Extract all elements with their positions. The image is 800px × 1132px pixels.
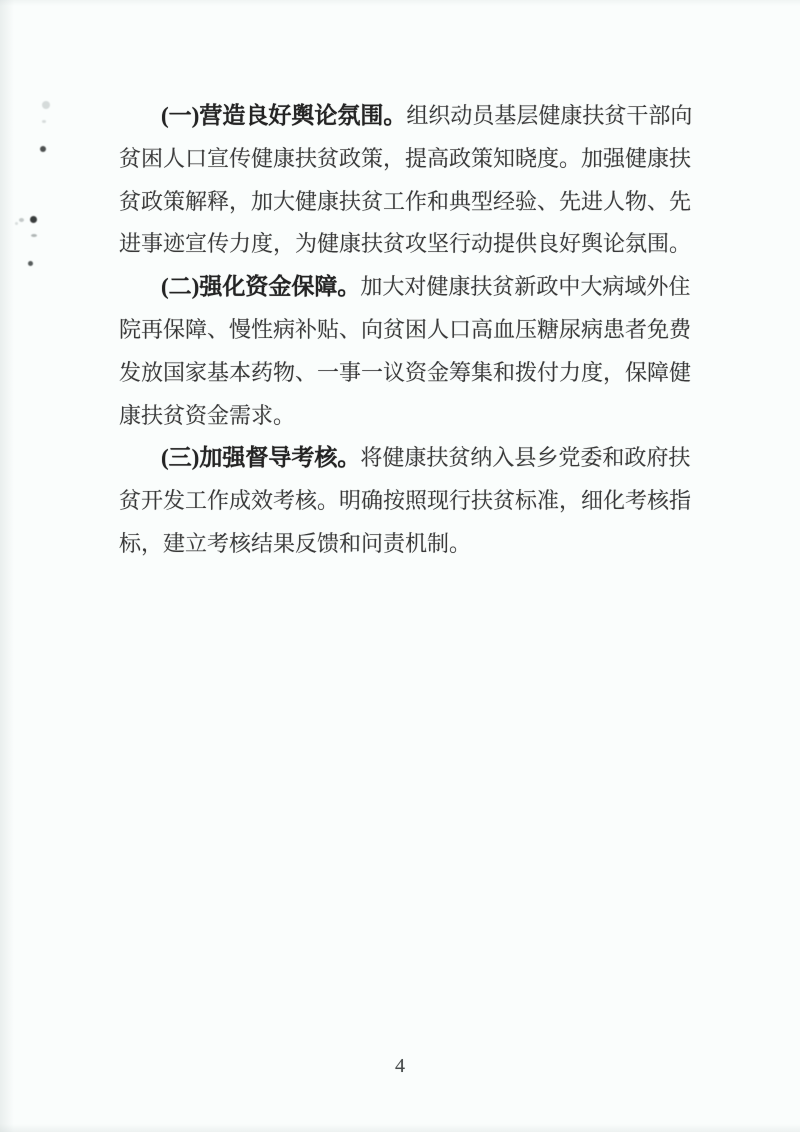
- scan-edge-bottom: [0, 1124, 800, 1132]
- scan-speck: [15, 222, 18, 225]
- scan-edge-left: [0, 0, 14, 1132]
- paragraph-1-lead-text: 组织动员基层健康扶贫干部向: [406, 103, 692, 128]
- paragraph-3: (三)加强督导考核。将健康扶贫纳入县乡党委和政府扶 贫开发工作成效考核。明确按照…: [119, 437, 711, 565]
- paragraph-3-line-1: (三)加强督导考核。将健康扶贫纳入县乡党委和政府扶: [119, 437, 711, 480]
- scanned-document-page: { "page": { "number": "4", "background_c…: [0, 0, 800, 1132]
- paragraph-1: (一)营造良好舆论氛围。组织动员基层健康扶贫干部向 贫困人口宣传健康扶贫政策，提…: [119, 95, 711, 266]
- paragraph-2-lead-text: 加大对健康扶贫新政中大病域外住: [360, 274, 690, 299]
- paragraph-1-heading: (一)营造良好舆论氛围。: [161, 103, 406, 128]
- paragraph-1-line-1: (一)营造良好舆论氛围。组织动员基层健康扶贫干部向: [119, 95, 711, 138]
- paragraph-1-line-2: 贫困人口宣传健康扶贫政策，提高政策知晓度。加强健康扶: [119, 138, 711, 181]
- scan-speck: [42, 101, 50, 109]
- scan-edge-top: [0, 0, 800, 6]
- paragraph-2-line-4: 康扶贫资金需求。: [119, 395, 711, 438]
- paragraph-2-line-3: 发放国家基本药物、一事一议资金筹集和拨付力度，保障健: [119, 352, 711, 395]
- scan-speck: [42, 120, 46, 123]
- paragraph-1-line-3: 贫政策解释，加大健康扶贫工作和典型经验、先进人物、先: [119, 181, 711, 224]
- paragraph-2-line-2: 院再保障、慢性病补贴、向贫困人口高血压糖尿病患者免费: [119, 309, 711, 352]
- paragraph-3-line-3: 标，建立考核结果反馈和问责机制。: [119, 523, 711, 566]
- scan-speck: [19, 218, 24, 222]
- page-number: 4: [0, 1052, 800, 1080]
- document-body: (一)营造良好舆论氛围。组织动员基层健康扶贫干部向 贫困人口宣传健康扶贫政策，提…: [119, 95, 711, 566]
- paragraph-2: (二)强化资金保障。加大对健康扶贫新政中大病域外住 院再保障、慢性病补贴、向贫困…: [119, 266, 711, 437]
- scan-speck: [40, 146, 46, 152]
- paragraph-1-line-4: 进事迹宣传力度，为健康扶贫攻坚行动提供良好舆论氛围。: [119, 223, 711, 266]
- paragraph-3-heading: (三)加强督导考核。: [161, 445, 360, 470]
- scan-speck: [31, 234, 37, 237]
- scan-speck: [30, 216, 37, 223]
- paragraph-3-line-2: 贫开发工作成效考核。明确按照现行扶贫标准，细化考核指: [119, 480, 711, 523]
- paragraph-2-line-1: (二)强化资金保障。加大对健康扶贫新政中大病域外住: [119, 266, 711, 309]
- paragraph-3-lead-text: 将健康扶贫纳入县乡党委和政府扶: [360, 445, 690, 470]
- paragraph-2-heading: (二)强化资金保障。: [161, 274, 360, 299]
- scan-speck: [28, 261, 33, 266]
